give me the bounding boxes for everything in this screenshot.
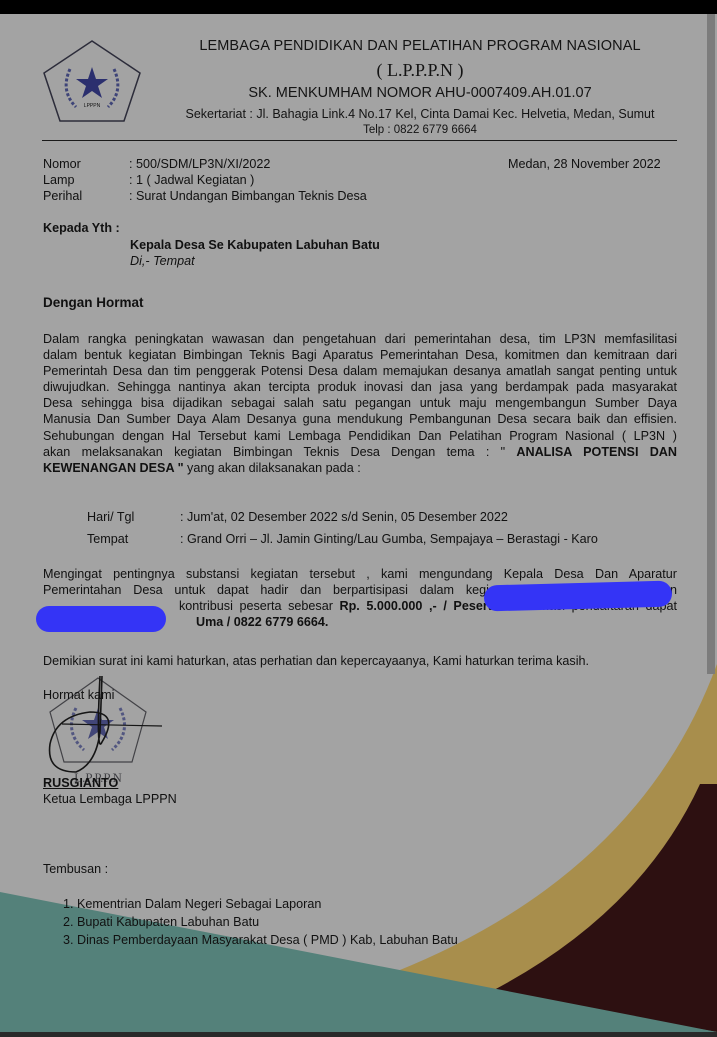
schedule-place-value: : Grand Orri – Jl. Jamin Ginting/Lau Gum…: [180, 531, 598, 547]
header-divider: [42, 140, 677, 141]
schedule-day-value: : Jum'at, 02 Desember 2022 s/d Senin, 05…: [180, 509, 508, 525]
redaction-mark: [484, 581, 673, 612]
scrollbar[interactable]: [707, 14, 715, 674]
body-line: diwujudkan. Sehingga nantinya akan terci…: [43, 379, 677, 395]
schedule-place-label: Tempat: [87, 531, 128, 547]
place-date: Medan, 28 November 2022: [508, 156, 661, 172]
org-abbreviation: ( L.P.P.P.N ): [160, 60, 680, 81]
svg-text:LPPPN: LPPPN: [84, 103, 101, 109]
body-line: Manusia Dan Sumber Daya Alam Desanya gun…: [43, 411, 677, 427]
copies-item: 1. Kementrian Dalam Negeri Sebagai Lapor…: [63, 896, 321, 912]
body-line: dalam bentuk kegiatan Bimbingan Teknis B…: [43, 347, 677, 363]
lamp-label: Lamp: [43, 172, 75, 188]
greeting: Dengan Hormat: [43, 295, 144, 311]
lpppn-logo: LPPPN: [40, 39, 144, 123]
org-name: LEMBAGA PENDIDIKAN DAN PELATIHAN PROGRAM…: [160, 38, 680, 54]
salutation: Hormat kami: [43, 687, 114, 703]
recipient-place: Di,- Tempat: [130, 253, 195, 269]
body-line: Sehubungan dengan Hal Tersebut kami Lemb…: [43, 428, 677, 444]
decree-number: SK. MENKUMHAM NOMOR AHU-0007409.AH.01.07: [160, 85, 680, 101]
theme-title: ANALISA POTENSI DAN: [516, 445, 677, 459]
schedule-day-label: Hari/ Tgl: [87, 509, 134, 525]
address: Sekertariat : Jl. Bahagia Link.4 No.17 K…: [160, 107, 680, 121]
theme-line: akan melaksanakan kegiatan Bimbingan Tek…: [43, 444, 677, 460]
phone: Telp : 0822 6779 6664: [160, 124, 680, 136]
lamp-value: : 1 ( Jadwal Kegiatan ): [129, 172, 254, 188]
copies-item: 2. Bupati Kabupaten Labuhan Batu: [63, 914, 259, 930]
theme-line-2: KEWENANGAN DESA " yang akan dilaksanakan…: [43, 460, 677, 476]
nomor-value: : 500/SDM/LP3N/XI/2022: [129, 156, 270, 172]
nomor-label: Nomor: [43, 156, 81, 172]
body-line: Dalam rangka peningkatan wawasan dan pen…: [43, 331, 677, 347]
signatory-title: Ketua Lembaga LPPPN: [43, 791, 177, 807]
redaction-mark: [36, 606, 166, 632]
fee-amount: Rp. 5.000.000 ,- / Peserta: [340, 599, 499, 613]
body-line: Pemerintah Desa dan tim penggerak Potens…: [43, 363, 677, 379]
copies-label: Tembusan :: [43, 861, 108, 877]
closing-text: Demikian surat ini kami haturkan, atas p…: [43, 653, 589, 669]
copies-item: 3. Dinas Pemberdayaan Masyarakat Desa ( …: [63, 932, 458, 948]
theme-title-2: KEWENANGAN DESA ": [43, 461, 184, 475]
perihal-label: Perihal: [43, 188, 82, 204]
recipient-label: Kepada Yth :: [43, 220, 120, 236]
letter-page: LPPPN LEMBAGA PENDIDIKAN DAN PELATIHAN P…: [0, 14, 717, 1032]
body-paragraph: Dalam rangka peningkatan wawasan dan pen…: [43, 331, 677, 476]
recipient-name: Kepala Desa Se Kabupaten Labuhan Batu: [130, 237, 380, 253]
invitation-line: Mengingat pentingnya substansi kegiatan …: [43, 566, 677, 582]
contact-info: Uma / 0822 6779 6664.: [196, 615, 328, 629]
body-line: Desa sehingga bisa dijadikan sebagai sal…: [43, 395, 677, 411]
bottom-edge: [0, 1032, 717, 1037]
signatory-name: RUSGIANTO: [43, 775, 118, 791]
perihal-value: : Surat Undangan Bimbangan Teknis Desa: [129, 188, 367, 204]
